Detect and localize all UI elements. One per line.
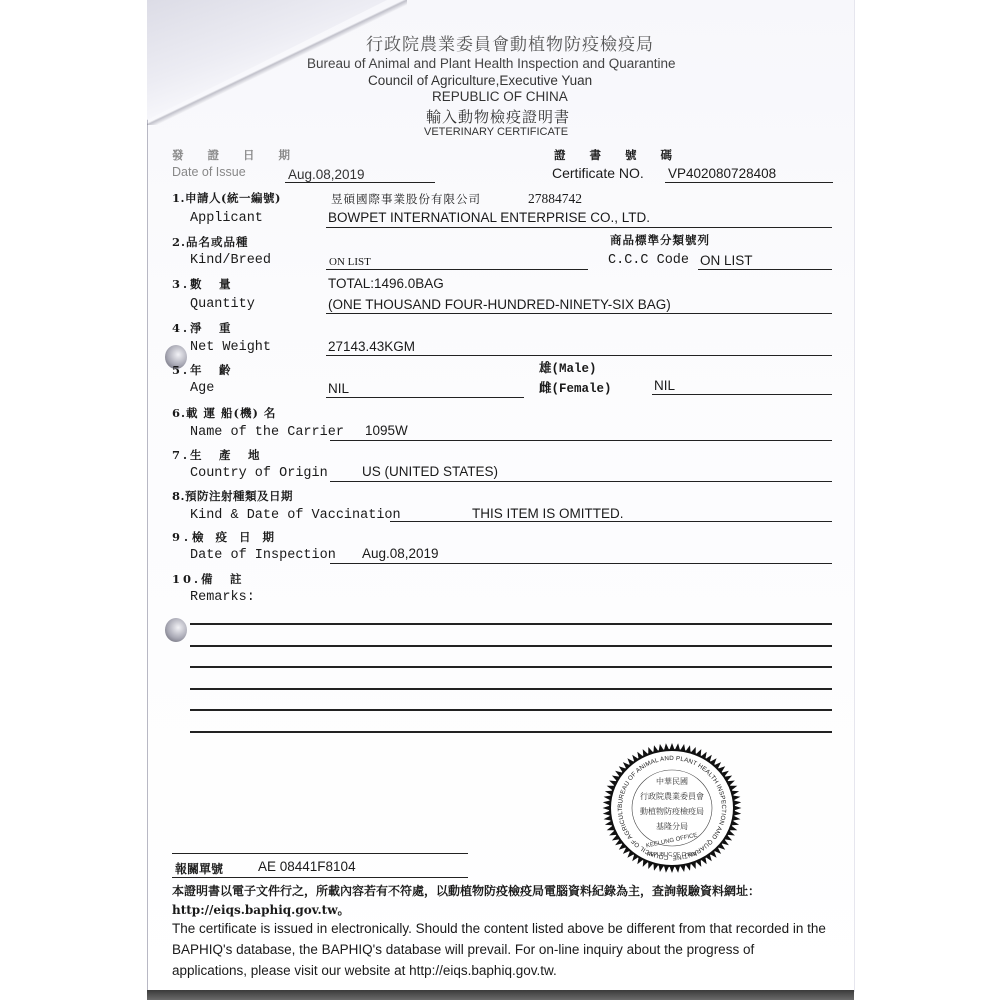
remarks-line [190, 623, 832, 625]
origin-line [330, 481, 832, 482]
kind-value: ON LIST [329, 256, 371, 268]
vaccination-label: Kind & Date of Vaccination [190, 508, 401, 523]
carrier-label: Name of the Carrier [190, 425, 344, 440]
inspection-label-cn: 9.檢 疫 日 期 [172, 529, 278, 545]
applicant-label-cn: 1.申請人(統一編號) [172, 190, 281, 206]
country-name: REPUBLIC OF CHINA [432, 89, 568, 104]
declaration-bottom-line [172, 877, 468, 878]
age-value: NIL [328, 381, 349, 396]
kind-label: Kind/Breed [190, 253, 271, 268]
declaration-top-line [172, 853, 468, 854]
applicant-value: BOWPET INTERNATIONAL ENTERPRISE CO., LTD… [328, 210, 650, 225]
council-name: Council of Agriculture,Executive Yuan [368, 73, 592, 88]
remarks-label: Remarks: [190, 590, 255, 605]
origin-label-cn: 7.生 產 地 [172, 447, 263, 463]
sex-value: NIL [654, 378, 675, 393]
cert-no-line [665, 182, 833, 183]
net-weight-label: Net Weight [190, 340, 271, 355]
ccc-line [698, 269, 832, 270]
agency-name-en: Bureau of Animal and Plant Health Inspec… [307, 56, 676, 71]
declaration-value: AE 08441F8104 [258, 859, 356, 874]
quantity-value: TOTAL:1496.0BAG [328, 276, 444, 291]
certificate-title-cn: 輸入動物檢疫證明書 [426, 106, 570, 127]
seal-line2: 行政院農業委員會 [640, 791, 704, 801]
origin-value: US (UNITED STATES) [362, 464, 498, 479]
age-label: Age [190, 381, 214, 396]
quantity-words: (ONE THOUSAND FOUR-HUNDRED-NINETY-SIX BA… [328, 297, 671, 312]
vaccination-line [390, 521, 832, 522]
male-label: 雄(Male) [539, 358, 597, 376]
seal-country: REPUBLIC OF CHINA [647, 852, 698, 858]
remarks-line [190, 645, 832, 647]
quantity-label-cn: 3.數 量 [172, 276, 234, 292]
applicant-line [326, 227, 832, 228]
applicant-label: Applicant [190, 211, 263, 226]
inspection-label: Date of Inspection [190, 548, 336, 563]
agency-name-cn: 行政院農業委員會動植物防疫檢疫局 [366, 30, 654, 55]
applicant-tax-id: 27884742 [528, 191, 582, 207]
remarks-label-cn: 10.備 註 [172, 571, 245, 587]
declaration-label: 報關單號 [175, 860, 223, 877]
applicant-name-cn: 昱碩國際事業股份有限公司 [331, 191, 481, 207]
seal-line4: 基隆分局 [656, 821, 688, 831]
remarks-line [190, 731, 832, 733]
ccc-value: ON LIST [700, 253, 753, 268]
official-seal: BUREAU OF ANIMAL AND PLANT HEALTH INSPEC… [596, 738, 748, 878]
seal-line1: 中華民國 [656, 776, 688, 786]
punch-hole [165, 618, 187, 642]
issue-date-label: Date of Issue [172, 165, 246, 179]
age-label-cn: 5.年 齡 [172, 362, 234, 378]
kind-line [326, 269, 588, 270]
ccc-label-cn: 商品標準分類號列 [610, 232, 710, 248]
net-weight-label-cn: 4.淨 重 [172, 320, 234, 336]
remarks-line [190, 688, 832, 690]
carrier-value: 1095W [365, 423, 408, 438]
issue-date-value: Aug.08,2019 [288, 167, 365, 182]
cert-no-value: VP402080728408 [668, 166, 776, 181]
notice-en: The certificate is issued in electronica… [172, 918, 832, 981]
quantity-line [326, 313, 832, 314]
certificate-title-en: VETERINARY CERTIFICATE [424, 126, 568, 138]
ccc-label: C.C.C Code [608, 253, 689, 268]
carrier-label-cn: 6.載 運 船(機) 名 [172, 405, 276, 421]
net-weight-line [326, 355, 832, 356]
vaccination-value: THIS ITEM IS OMITTED. [472, 506, 624, 521]
kind-label-cn: 2.品名或品種 [172, 234, 249, 250]
sex-line [652, 394, 832, 395]
vaccination-label-cn: 8.預防注射種類及日期 [172, 488, 293, 504]
notice-cn: 本證明書以電子文件行之，所載內容若有不符處，以動植物防疫檢疫局電腦資料紀錄為主，… [172, 882, 840, 920]
female-label: 雌(Female) [539, 378, 612, 396]
net-weight-value: 27143.43KGM [328, 339, 415, 354]
issue-date-line [285, 182, 435, 183]
scan-shadow [147, 990, 854, 1000]
age-line [326, 397, 524, 398]
inspection-line [330, 563, 832, 564]
remarks-line [190, 709, 832, 711]
seal-line3: 動植物防疫檢疫局 [640, 806, 704, 816]
remarks-line [190, 666, 832, 668]
issue-date-label-cn: 發 證 日 期 [172, 147, 300, 163]
cert-no-label: Certificate NO. [552, 165, 644, 181]
quantity-label: Quantity [190, 297, 255, 312]
inspection-value: Aug.08,2019 [362, 546, 439, 561]
origin-label: Country of Origin [190, 466, 328, 481]
carrier-line [330, 440, 832, 441]
cert-no-label-cn: 證 書 號 碼 [554, 147, 682, 163]
